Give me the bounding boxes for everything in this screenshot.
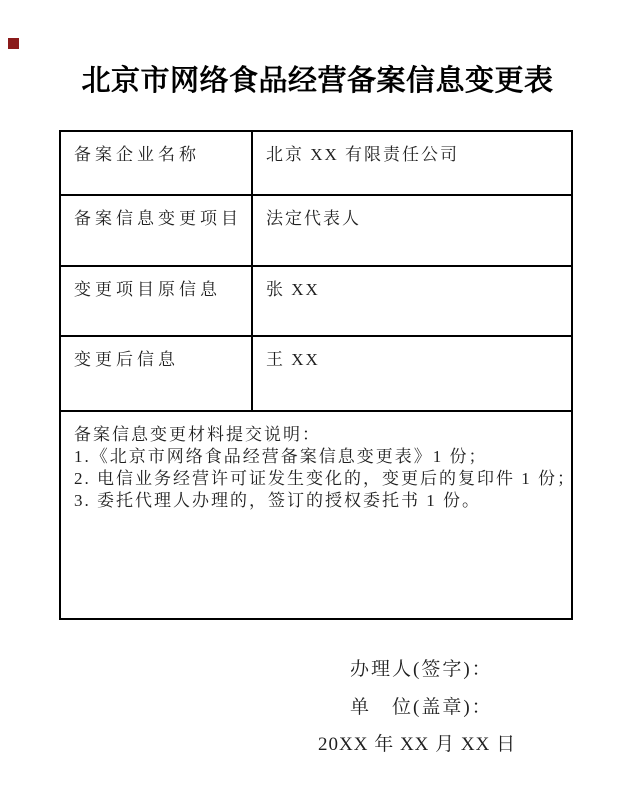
notes-item-2: 2. 电信业务经营许可证发生变化的，变更后的复印件 1 份； [74,468,563,490]
table-row-company-name: 备案企业名称 北京 XX 有限责任公司 [60,131,572,195]
document-page: 北京市网络食品经营备案信息变更表 备案企业名称 北京 XX 有限责任公司 备案信… [0,0,635,803]
notes-cell: 备案信息变更材料提交说明： 1.《北京市网络食品经营备案信息变更表》1 份； 2… [60,411,572,619]
table-row-notes: 备案信息变更材料提交说明： 1.《北京市网络食品经营备案信息变更表》1 份； 2… [60,411,572,619]
field-label-original-info: 变更项目原信息 [60,266,252,336]
field-value-change-item: 法定代表人 [252,195,572,266]
change-form-table: 备案企业名称 北京 XX 有限责任公司 备案信息变更项目 法定代表人 变更项目原… [59,130,573,620]
field-label-company-name: 备案企业名称 [60,131,252,195]
unit-seal-line: 单 位(盖章)： [350,696,493,719]
notes-item-3: 3. 委托代理人办理的，签订的授权委托书 1 份。 [74,490,563,512]
date-line: 20XX 年 XX 月 XX 日 [318,733,516,756]
table-row-new-info: 变更后信息 王 XX [60,336,572,411]
handler-signature-line: 办理人(签字)： [350,658,493,681]
table-row-change-item: 备案信息变更项目 法定代表人 [60,195,572,266]
field-value-new-info: 王 XX [252,336,572,411]
field-value-company-name: 北京 XX 有限责任公司 [252,131,572,195]
page-title: 北京市网络食品经营备案信息变更表 [0,61,635,101]
notes-heading: 备案信息变更材料提交说明： [74,424,563,446]
field-label-new-info: 变更后信息 [60,336,252,411]
notes-item-1: 1.《北京市网络食品经营备案信息变更表》1 份； [74,446,563,468]
red-square-mark [8,38,19,49]
field-value-original-info: 张 XX [252,266,572,336]
table-row-original-info: 变更项目原信息 张 XX [60,266,572,336]
field-label-change-item: 备案信息变更项目 [60,195,252,266]
